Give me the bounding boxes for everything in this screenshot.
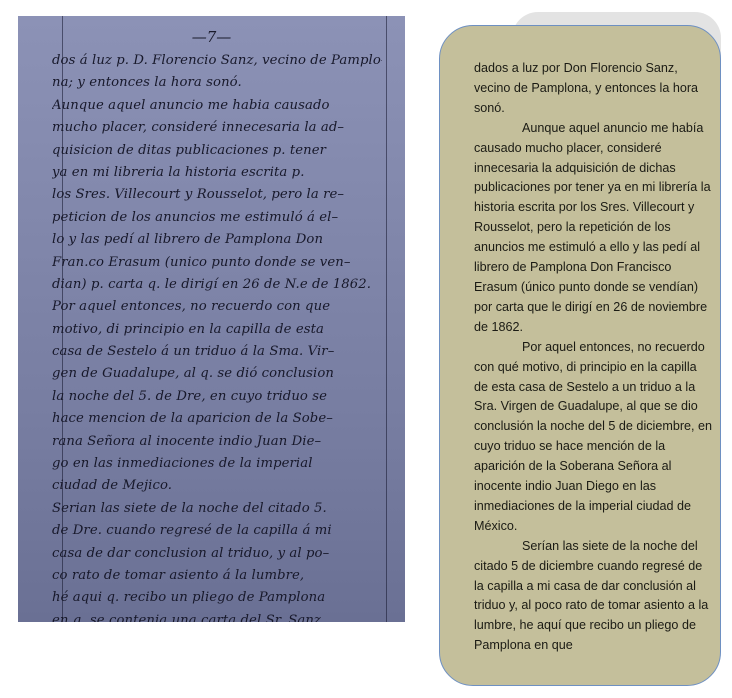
manuscript-line: go en las inmediaciones de la imperial (52, 453, 382, 475)
manuscript-line: ya en mi libreria la historia escrita p. (52, 162, 382, 184)
manuscript-line: Aunque aquel anuncio me habia causado (52, 95, 382, 117)
manuscript-line: hace mencion de la aparicion de la Sobe– (52, 408, 382, 430)
manuscript-line: quisicion de ditas publicaciones p. tene… (52, 140, 382, 162)
manuscript-line: lo y las pedí al librero de Pamplona Don (52, 229, 382, 251)
manuscript-line: los Sres. Villecourt y Rousselot, pero l… (52, 184, 382, 206)
manuscript-line: mucho placer, consideré innecesaria la a… (52, 117, 382, 139)
manuscript-line: Por aquel entonces, no recuerdo con que (52, 296, 382, 318)
manuscript-line: peticion de los anuncios me estimuló á e… (52, 207, 382, 229)
manuscript-page-image: —7— dos á luz p. D. Florencio Sanz, veci… (18, 16, 405, 622)
manuscript-line: Serian las siete de la noche del citado … (52, 498, 382, 520)
manuscript-page-number: —7— (18, 28, 405, 46)
manuscript-line: hé aqui q. recibo un pliego de Pamplona (52, 587, 382, 609)
manuscript-line: Fran.co Erasum (unico punto donde se ven… (52, 252, 382, 274)
manuscript-line: en q. se contenia una carta del Sr. Sanz (52, 610, 382, 622)
manuscript-line: la noche del 5. de Dre, en cuyo triduo s… (52, 386, 382, 408)
manuscript-right-margin-line (386, 16, 387, 622)
manuscript-line: rana Señora al inocente indio Juan Die– (52, 431, 382, 453)
transcription-paragraph: Serían las siete de la noche del citado … (474, 537, 714, 656)
manuscript-line: ciudad de Mejico. (52, 475, 382, 497)
transcription-paragraph: Aunque aquel anuncio me había causado mu… (474, 119, 714, 338)
manuscript-line: casa de Sestelo á un triduo á la Sma. Vi… (52, 341, 382, 363)
manuscript-line: na; y entonces la hora sonó. (52, 72, 382, 94)
transcription-text: dados a luz por Don Florencio Sanz, veci… (474, 59, 714, 656)
manuscript-line: casa de dar conclusion al triduo, y al p… (52, 543, 382, 565)
manuscript-line: dos á luz p. D. Florencio Sanz, vecino d… (52, 50, 382, 72)
transcription-paragraph: dados a luz por Don Florencio Sanz, veci… (474, 59, 714, 119)
manuscript-line: motivo, di principio en la capilla de es… (52, 319, 382, 341)
transcription-paragraph: Por aquel entonces, no recuerdo con qué … (474, 338, 714, 537)
manuscript-line: de Dre. cuando regresé de la capilla á m… (52, 520, 382, 542)
manuscript-line: co rato de tomar asiento á la lumbre, (52, 565, 382, 587)
manuscript-line: dian) p. carta q. le dirigí en 26 de N.e… (52, 274, 382, 296)
manuscript-handwritten-text: dos á luz p. D. Florencio Sanz, vecino d… (52, 50, 382, 622)
manuscript-line: gen de Guadalupe, al q. se dió conclusio… (52, 363, 382, 385)
transcription-card: dados a luz por Don Florencio Sanz, veci… (439, 25, 721, 686)
